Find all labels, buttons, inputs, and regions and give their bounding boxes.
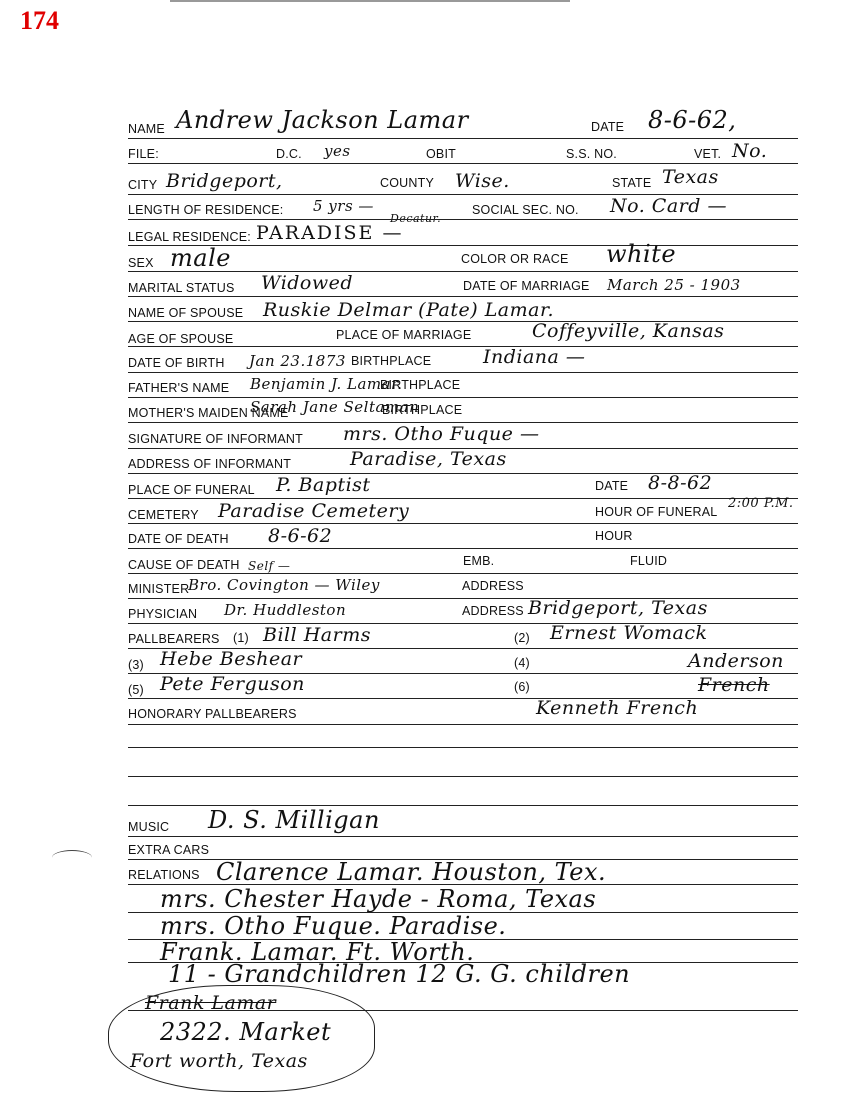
state-value: Texas <box>662 166 719 188</box>
place-of-marriage-label: PLACE OF MARRIAGE <box>336 328 471 342</box>
length-of-residence-label: LENGTH OF RESIDENCE: <box>128 203 283 217</box>
margin-mark <box>52 850 92 865</box>
physician-address-label: ADDRESS <box>462 604 524 618</box>
pallbearer-6-num: (6) <box>514 680 530 694</box>
honorary-pallbearers-value: Kenneth French <box>536 697 698 719</box>
date-of-marriage-value: March 25 - 1903 <box>607 276 741 294</box>
address-of-informant-value: Paradise, Texas <box>350 448 507 470</box>
rule <box>128 296 798 297</box>
rule <box>128 397 798 398</box>
relations-line-1: Clarence Lamar. Houston, Tex. <box>216 858 606 886</box>
pallbearer-4-num: (4) <box>514 656 530 670</box>
rule <box>128 219 798 220</box>
date-of-death-label: DATE OF DEATH <box>128 532 229 546</box>
cemetery-value: Paradise Cemetery <box>218 500 409 522</box>
funeral-date-value: 8-8-62 <box>648 472 712 494</box>
marital-status-label: MARITAL STATUS <box>128 281 235 295</box>
county-label: COUNTY <box>380 176 434 190</box>
hour-label: HOUR <box>595 529 633 543</box>
cause-of-death-label: CAUSE OF DEATH <box>128 558 240 572</box>
date-label: DATE <box>591 120 624 134</box>
circled-note-line-3: Fort worth, Texas <box>130 1050 308 1072</box>
rule <box>128 573 798 574</box>
hour-of-funeral-value: 2:00 P.M. <box>728 496 794 511</box>
date-of-death-value: 8-6-62 <box>268 525 332 547</box>
date-of-birth-value: Jan 23.1873 <box>249 352 346 370</box>
rule <box>128 836 798 837</box>
dc-label: D.C. <box>276 147 302 161</box>
relations-label: RELATIONS <box>128 868 200 882</box>
ss-no-label: S.S. NO. <box>566 147 617 161</box>
funeral-date-label: DATE <box>595 479 628 493</box>
name-of-spouse-value: Ruskie Delmar (Pate) Lamar. <box>263 299 554 321</box>
legal-residence-label: LEGAL RESIDENCE: <box>128 230 251 244</box>
dc-value: yes <box>324 142 351 160</box>
color-or-race-label: COLOR OR RACE <box>461 252 568 266</box>
rule <box>128 724 798 725</box>
file-label: FILE: <box>128 147 159 161</box>
physician-value: Dr. Huddleston <box>224 601 346 619</box>
rule <box>128 163 798 164</box>
place-of-funeral-value: P. Baptist <box>276 474 371 496</box>
social-sec-no-value: No. Card — <box>610 195 727 217</box>
hour-of-funeral-label: HOUR OF FUNERAL <box>595 505 717 519</box>
minister-note: Self — <box>248 559 290 573</box>
sex-label: SEX <box>128 256 154 270</box>
rule <box>128 138 798 139</box>
scan-edge <box>170 0 570 2</box>
legal-residence-value: PARADISE — <box>256 222 403 244</box>
color-or-race-value: white <box>606 240 676 268</box>
pallbearer-5-value: Pete Ferguson <box>160 673 305 695</box>
minister-value: Bro. Covington — Wiley <box>188 576 380 594</box>
sex-value: male <box>170 244 231 272</box>
length-of-residence-value: 5 yrs — <box>313 197 374 215</box>
signature-of-informant-label: SIGNATURE OF INFORMANT <box>128 432 303 446</box>
name-of-spouse-label: NAME OF SPOUSE <box>128 306 243 320</box>
name-label: NAME <box>128 122 165 136</box>
social-sec-no-label: SOCIAL SEC. NO. <box>472 203 579 217</box>
page-number: 174 <box>20 6 59 36</box>
pallbearer-1-value: Bill Harms <box>263 624 371 646</box>
pallbearer-2-value: Ernest Womack <box>550 622 708 644</box>
signature-of-informant-value: mrs. Otho Fuque — <box>343 423 539 445</box>
mother-birthplace-label: BIRTHPLACE <box>382 403 462 417</box>
relations-line-5: 11 - Grandchildren 12 G. G. children <box>168 960 630 988</box>
place-of-marriage-value: Coffeyville, Kansas <box>532 320 724 342</box>
fluid-label: FLUID <box>630 554 667 568</box>
birthplace-value: Indiana — <box>483 346 585 368</box>
fathers-name-label: FATHER'S NAME <box>128 381 229 395</box>
state-label: STATE <box>612 176 651 190</box>
vet-label: VET. <box>694 147 721 161</box>
pallbearer-1-num: (1) <box>233 631 249 645</box>
pallbearer-3-value: Hebe Beshear <box>160 648 302 670</box>
rule <box>128 523 798 524</box>
address-of-informant-label: ADDRESS OF INFORMANT <box>128 457 291 471</box>
rule <box>128 776 798 777</box>
cemetery-label: CEMETERY <box>128 508 199 522</box>
extra-cars-label: EXTRA CARS <box>128 843 209 857</box>
minister-address-label: ADDRESS <box>462 579 524 593</box>
pallbearer-2-num: (2) <box>514 631 530 645</box>
date-of-marriage-label: DATE OF MARRIAGE <box>463 279 590 293</box>
place-of-funeral-label: PLACE OF FUNERAL <box>128 483 255 497</box>
pallbearer-5-num: (5) <box>128 683 144 697</box>
emb-label: EMB. <box>463 554 494 568</box>
rule <box>128 747 798 748</box>
circled-note-line-2: 2322. Market <box>160 1018 331 1046</box>
father-birthplace-label: BIRTHPLACE <box>380 378 460 392</box>
pallbearer-6-value: French <box>698 674 770 696</box>
pallbearer-3-num: (3) <box>128 658 144 672</box>
rule <box>128 346 798 347</box>
honorary-pallbearers-label: HONORARY PALLBEARERS <box>128 707 297 721</box>
music-value: D. S. Milligan <box>208 806 380 834</box>
vet-value: No. <box>732 140 767 162</box>
county-value: Wise. <box>455 170 510 192</box>
obit-label: OBIT <box>426 147 456 161</box>
circled-note-line-1: Frank Lamar <box>145 992 276 1014</box>
physician-address-value: Bridgeport, Texas <box>528 597 708 619</box>
city-value: Bridgeport, <box>166 170 283 192</box>
pallbearer-4-value: Anderson <box>688 650 784 672</box>
date-of-birth-label: DATE OF BIRTH <box>128 356 225 370</box>
age-of-spouse-label: AGE OF SPOUSE <box>128 332 233 346</box>
birthplace-label: BIRTHPLACE <box>351 354 431 368</box>
relations-line-3: mrs. Otho Fuque. Paradise. <box>160 912 506 940</box>
rule <box>128 498 798 499</box>
marital-status-value: Widowed <box>261 272 353 294</box>
rule <box>128 372 798 373</box>
minister-label: MINISTER <box>128 582 189 596</box>
rule <box>128 271 798 272</box>
pallbearers-label: PALLBEARERS <box>128 632 220 646</box>
city-label: CITY <box>128 178 157 192</box>
name-value: Andrew Jackson Lamar <box>176 106 469 134</box>
relations-line-2: mrs. Chester Hayde - Roma, Texas <box>160 885 596 913</box>
music-label: MUSIC <box>128 820 169 834</box>
date-value: 8-6-62, <box>648 106 736 134</box>
rule <box>128 548 798 549</box>
physician-label: PHYSICIAN <box>128 607 197 621</box>
